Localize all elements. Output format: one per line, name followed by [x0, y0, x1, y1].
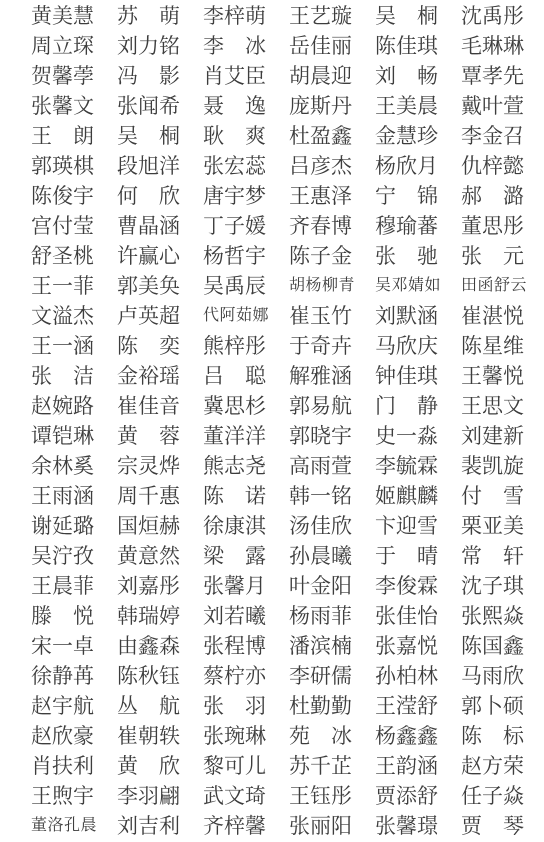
name-cell: 董思彤	[461, 211, 544, 241]
name-cell: 沈禹彤	[461, 1, 544, 31]
name-cell: 董洛孔晨	[31, 811, 117, 841]
name-cell: 戴叶萱	[461, 91, 544, 121]
name-row: 肖扶利黄 欣黎可儿苏千芷王韵涵赵方荣	[31, 751, 544, 781]
name-cell: 付 雪	[461, 481, 544, 511]
name-cell: 冯 影	[117, 61, 203, 91]
name-cell: 姬麒麟	[375, 481, 461, 511]
name-cell: 陈星维	[461, 331, 544, 361]
name-cell: 赵婉路	[31, 391, 117, 421]
name-cell: 吴 桐	[117, 121, 203, 151]
name-cell: 金慧珍	[375, 121, 461, 151]
name-cell: 耿 爽	[203, 121, 289, 151]
name-cell: 刘 畅	[375, 61, 461, 91]
name-cell: 宋一卓	[31, 631, 117, 661]
name-cell: 张宏蕊	[203, 151, 289, 181]
name-cell: 郭易航	[289, 391, 375, 421]
name-cell: 谭铠琳	[31, 421, 117, 451]
name-cell: 文溢杰	[31, 301, 117, 331]
name-cell: 门 静	[375, 391, 461, 421]
name-cell: 崔佳音	[117, 391, 203, 421]
name-cell: 丛 航	[117, 691, 203, 721]
name-cell: 胡杨柳青	[289, 271, 375, 301]
name-cell: 吴禹辰	[203, 271, 289, 301]
name-cell: 陈佳琪	[375, 31, 461, 61]
name-cell: 王 朗	[31, 121, 117, 151]
name-cell: 王思文	[461, 391, 544, 421]
name-cell: 刘若曦	[203, 601, 289, 631]
name-cell: 徐静苒	[31, 661, 117, 691]
name-row: 贺馨荸冯 影肖艾臣胡晨迎刘 畅覃孝先	[31, 61, 544, 91]
name-cell: 潘滨楠	[289, 631, 375, 661]
name-cell: 韩瑞婷	[117, 601, 203, 631]
name-cell: 李毓霖	[375, 451, 461, 481]
name-cell: 黄 欣	[117, 751, 203, 781]
name-row: 舒圣桃许赢心杨哲宇陈子金张 驰张 元	[31, 241, 544, 271]
name-cell: 王韵涵	[375, 751, 461, 781]
name-cell: 钟佳琪	[375, 361, 461, 391]
name-row: 王煦宇李羽翩武文琦王钰彤贾添舒任子焱	[31, 781, 544, 811]
name-cell: 张程博	[203, 631, 289, 661]
name-cell: 孙晨曦	[289, 541, 375, 571]
name-cell: 余林奚	[31, 451, 117, 481]
name-cell: 陈子金	[289, 241, 375, 271]
name-cell: 丁子媛	[203, 211, 289, 241]
name-cell: 仇梓懿	[461, 151, 544, 181]
name-cell: 宁 锦	[375, 181, 461, 211]
name-cell: 李金召	[461, 121, 544, 151]
name-cell: 张闻希	[117, 91, 203, 121]
name-cell: 刘力铭	[117, 31, 203, 61]
name-cell: 汤佳欣	[289, 511, 375, 541]
name-cell: 贾 琴	[461, 811, 544, 841]
name-cell: 李 冰	[203, 31, 289, 61]
name-cell: 苏 萌	[117, 1, 203, 31]
name-cell: 裴凯旋	[461, 451, 544, 481]
name-cell: 赵欣豪	[31, 721, 117, 751]
name-cell: 黎可儿	[203, 751, 289, 781]
name-row: 吴泞孜黄意然梁 露孙晨曦于 晴常 轩	[31, 541, 544, 571]
name-cell: 陈 诺	[203, 481, 289, 511]
name-cell: 沈子琪	[461, 571, 544, 601]
name-cell: 崔湛悦	[461, 301, 544, 331]
name-cell: 聂 逸	[203, 91, 289, 121]
name-cell: 许赢心	[117, 241, 203, 271]
name-cell: 张 羽	[203, 691, 289, 721]
name-cell: 周立琛	[31, 31, 117, 61]
name-cell: 李羽翩	[117, 781, 203, 811]
name-cell: 谢延璐	[31, 511, 117, 541]
name-cell: 王滢舒	[375, 691, 461, 721]
name-cell: 宗灵烨	[117, 451, 203, 481]
name-cell: 张嘉悦	[375, 631, 461, 661]
name-cell: 王钰彤	[289, 781, 375, 811]
name-row: 赵婉路崔佳音冀思杉郭易航门 静王思文	[31, 391, 544, 421]
name-cell: 刘建新	[461, 421, 544, 451]
name-cell: 周千惠	[117, 481, 203, 511]
name-cell: 王一菲	[31, 271, 117, 301]
name-row: 王雨涵周千惠陈 诺韩一铭姬麒麟付 雪	[31, 481, 544, 511]
name-cell: 覃孝先	[461, 61, 544, 91]
name-row: 陈俊宇何 欣唐宇梦王惠泽宁 锦郝 潞	[31, 181, 544, 211]
name-cell: 叶金阳	[289, 571, 375, 601]
name-cell: 岳佳丽	[289, 31, 375, 61]
name-cell: 郭卜硕	[461, 691, 544, 721]
name-cell: 王一涵	[31, 331, 117, 361]
name-cell: 王馨悦	[461, 361, 544, 391]
name-cell: 熊志尧	[203, 451, 289, 481]
name-cell: 陈国鑫	[461, 631, 544, 661]
name-row: 黄美慧苏 萌李梓萌王艺璇吴 桐沈禹彤	[31, 1, 544, 31]
name-cell: 何 欣	[117, 181, 203, 211]
name-cell: 蔡柠亦	[203, 661, 289, 691]
name-cell: 刘吉利	[117, 811, 203, 841]
name-row: 张馨文张闻希聂 逸庞斯丹王美晨戴叶萱	[31, 91, 544, 121]
name-cell: 由鑫森	[117, 631, 203, 661]
name-row: 董洛孔晨刘吉利齐梓馨张丽阳张馨璟贾 琴	[31, 811, 544, 841]
name-row: 赵欣豪崔朝轶张琬琳苑 冰杨鑫鑫陈 标	[31, 721, 544, 751]
name-cell: 胡晨迎	[289, 61, 375, 91]
name-row: 王一菲郭美奂吴禹辰胡杨柳青吴邓婧如田函舒云	[31, 271, 544, 301]
name-row: 王晨菲刘嘉彤张馨月叶金阳李俊霖沈子琪	[31, 571, 544, 601]
name-cell: 肖艾臣	[203, 61, 289, 91]
name-cell: 张佳怡	[375, 601, 461, 631]
name-cell: 穆瑜蕃	[375, 211, 461, 241]
name-cell: 王艺璇	[289, 1, 375, 31]
name-cell: 张 元	[461, 241, 544, 271]
name-cell: 赵方荣	[461, 751, 544, 781]
name-cell: 栗亚美	[461, 511, 544, 541]
name-cell: 杨欣月	[375, 151, 461, 181]
name-row: 徐静苒陈秋钰蔡柠亦李研儒孙柏林马雨欣	[31, 661, 544, 691]
name-cell: 舒圣桃	[31, 241, 117, 271]
name-cell: 常 轩	[461, 541, 544, 571]
name-cell: 于奇卉	[289, 331, 375, 361]
name-cell: 张 洁	[31, 361, 117, 391]
name-cell: 卢英超	[117, 301, 203, 331]
name-cell: 李梓萌	[203, 1, 289, 31]
name-cell: 肖扶利	[31, 751, 117, 781]
name-cell: 苑 冰	[289, 721, 375, 751]
name-cell: 唐宇梦	[203, 181, 289, 211]
name-cell: 赵宇航	[31, 691, 117, 721]
name-cell: 吕 聪	[203, 361, 289, 391]
name-cell: 曹晶涵	[117, 211, 203, 241]
name-cell: 董洋洋	[203, 421, 289, 451]
name-row: 宫付莹曹晶涵丁子媛齐春博穆瑜蕃董思彤	[31, 211, 544, 241]
name-cell: 陈 标	[461, 721, 544, 751]
name-cell: 齐春博	[289, 211, 375, 241]
name-cell: 庞斯丹	[289, 91, 375, 121]
name-grid: 黄美慧苏 萌李梓萌王艺璇吴 桐沈禹彤周立琛刘力铭李 冰岳佳丽陈佳琪毛琳琳贺馨荸冯…	[31, 1, 544, 841]
name-cell: 杨鑫鑫	[375, 721, 461, 751]
name-cell: 马欣庆	[375, 331, 461, 361]
name-cell: 毛琳琳	[461, 31, 544, 61]
name-cell: 陈俊宇	[31, 181, 117, 211]
name-row: 余林奚宗灵烨熊志尧高雨萱李毓霖裴凯旋	[31, 451, 544, 481]
name-cell: 王惠泽	[289, 181, 375, 211]
name-cell: 杨雨菲	[289, 601, 375, 631]
name-cell: 代阿茹娜	[203, 301, 289, 331]
name-cell: 冀思杉	[203, 391, 289, 421]
name-cell: 刘默涵	[375, 301, 461, 331]
name-cell: 刘嘉彤	[117, 571, 203, 601]
name-cell: 宫付莹	[31, 211, 117, 241]
name-cell: 郭美奂	[117, 271, 203, 301]
name-row: 王 朗吴 桐耿 爽杜盈鑫金慧珍李金召	[31, 121, 544, 151]
name-row: 张 洁金裕瑶吕 聪解雅涵钟佳琪王馨悦	[31, 361, 544, 391]
name-cell: 杨哲宇	[203, 241, 289, 271]
name-cell: 陈秋钰	[117, 661, 203, 691]
name-cell: 贾添舒	[375, 781, 461, 811]
name-cell: 崔玉竹	[289, 301, 375, 331]
name-row: 宋一卓由鑫森张程博潘滨楠张嘉悦陈国鑫	[31, 631, 544, 661]
document-page: 黄美慧苏 萌李梓萌王艺璇吴 桐沈禹彤周立琛刘力铭李 冰岳佳丽陈佳琪毛琳琳贺馨荸冯…	[0, 0, 544, 842]
name-cell: 张 驰	[375, 241, 461, 271]
name-cell: 王雨涵	[31, 481, 117, 511]
name-cell: 国烜赫	[117, 511, 203, 541]
name-cell: 张熙焱	[461, 601, 544, 631]
name-row: 王一涵陈 奕熊梓彤于奇卉马欣庆陈星维	[31, 331, 544, 361]
name-cell: 于 晴	[375, 541, 461, 571]
name-cell: 孙柏林	[375, 661, 461, 691]
name-cell: 滕 悦	[31, 601, 117, 631]
name-row: 文溢杰卢英超代阿茹娜崔玉竹刘默涵崔湛悦	[31, 301, 544, 331]
name-cell: 史一淼	[375, 421, 461, 451]
name-cell: 段旭洋	[117, 151, 203, 181]
name-row: 赵宇航丛 航张 羽杜勤勤王滢舒郭卜硕	[31, 691, 544, 721]
name-cell: 郭晓宇	[289, 421, 375, 451]
name-cell: 李研儒	[289, 661, 375, 691]
name-cell: 李俊霖	[375, 571, 461, 601]
name-cell: 马雨欣	[461, 661, 544, 691]
name-cell: 徐康淇	[203, 511, 289, 541]
name-cell: 吴泞孜	[31, 541, 117, 571]
name-cell: 黄意然	[117, 541, 203, 571]
name-cell: 贺馨荸	[31, 61, 117, 91]
name-row: 周立琛刘力铭李 冰岳佳丽陈佳琪毛琳琳	[31, 31, 544, 61]
name-cell: 吕彦杰	[289, 151, 375, 181]
name-cell: 张馨璟	[375, 811, 461, 841]
name-row: 滕 悦韩瑞婷刘若曦杨雨菲张佳怡张熙焱	[31, 601, 544, 631]
name-row: 谢延璐国烜赫徐康淇汤佳欣卞迎雪栗亚美	[31, 511, 544, 541]
name-cell: 梁 露	[203, 541, 289, 571]
name-cell: 田函舒云	[461, 271, 544, 301]
name-cell: 王晨菲	[31, 571, 117, 601]
name-cell: 张琬琳	[203, 721, 289, 751]
name-cell: 杜盈鑫	[289, 121, 375, 151]
name-cell: 陈 奕	[117, 331, 203, 361]
name-cell: 崔朝轶	[117, 721, 203, 751]
name-cell: 武文琦	[203, 781, 289, 811]
name-cell: 杜勤勤	[289, 691, 375, 721]
name-cell: 黄 蓉	[117, 421, 203, 451]
name-row: 郭瑛棋段旭洋张宏蕊吕彦杰杨欣月仇梓懿	[31, 151, 544, 181]
name-cell: 黄美慧	[31, 1, 117, 31]
name-cell: 张丽阳	[289, 811, 375, 841]
name-cell: 吴邓婧如	[375, 271, 461, 301]
name-cell: 高雨萱	[289, 451, 375, 481]
name-cell: 任子焱	[461, 781, 544, 811]
name-cell: 王煦宇	[31, 781, 117, 811]
name-cell: 郝 潞	[461, 181, 544, 211]
name-cell: 金裕瑶	[117, 361, 203, 391]
name-cell: 张馨文	[31, 91, 117, 121]
name-cell: 解雅涵	[289, 361, 375, 391]
name-row: 谭铠琳黄 蓉董洋洋郭晓宇史一淼刘建新	[31, 421, 544, 451]
name-cell: 齐梓馨	[203, 811, 289, 841]
name-cell: 卞迎雪	[375, 511, 461, 541]
name-cell: 韩一铭	[289, 481, 375, 511]
name-cell: 熊梓彤	[203, 331, 289, 361]
name-cell: 苏千芷	[289, 751, 375, 781]
name-cell: 吴 桐	[375, 1, 461, 31]
name-cell: 张馨月	[203, 571, 289, 601]
name-cell: 王美晨	[375, 91, 461, 121]
name-cell: 郭瑛棋	[31, 151, 117, 181]
